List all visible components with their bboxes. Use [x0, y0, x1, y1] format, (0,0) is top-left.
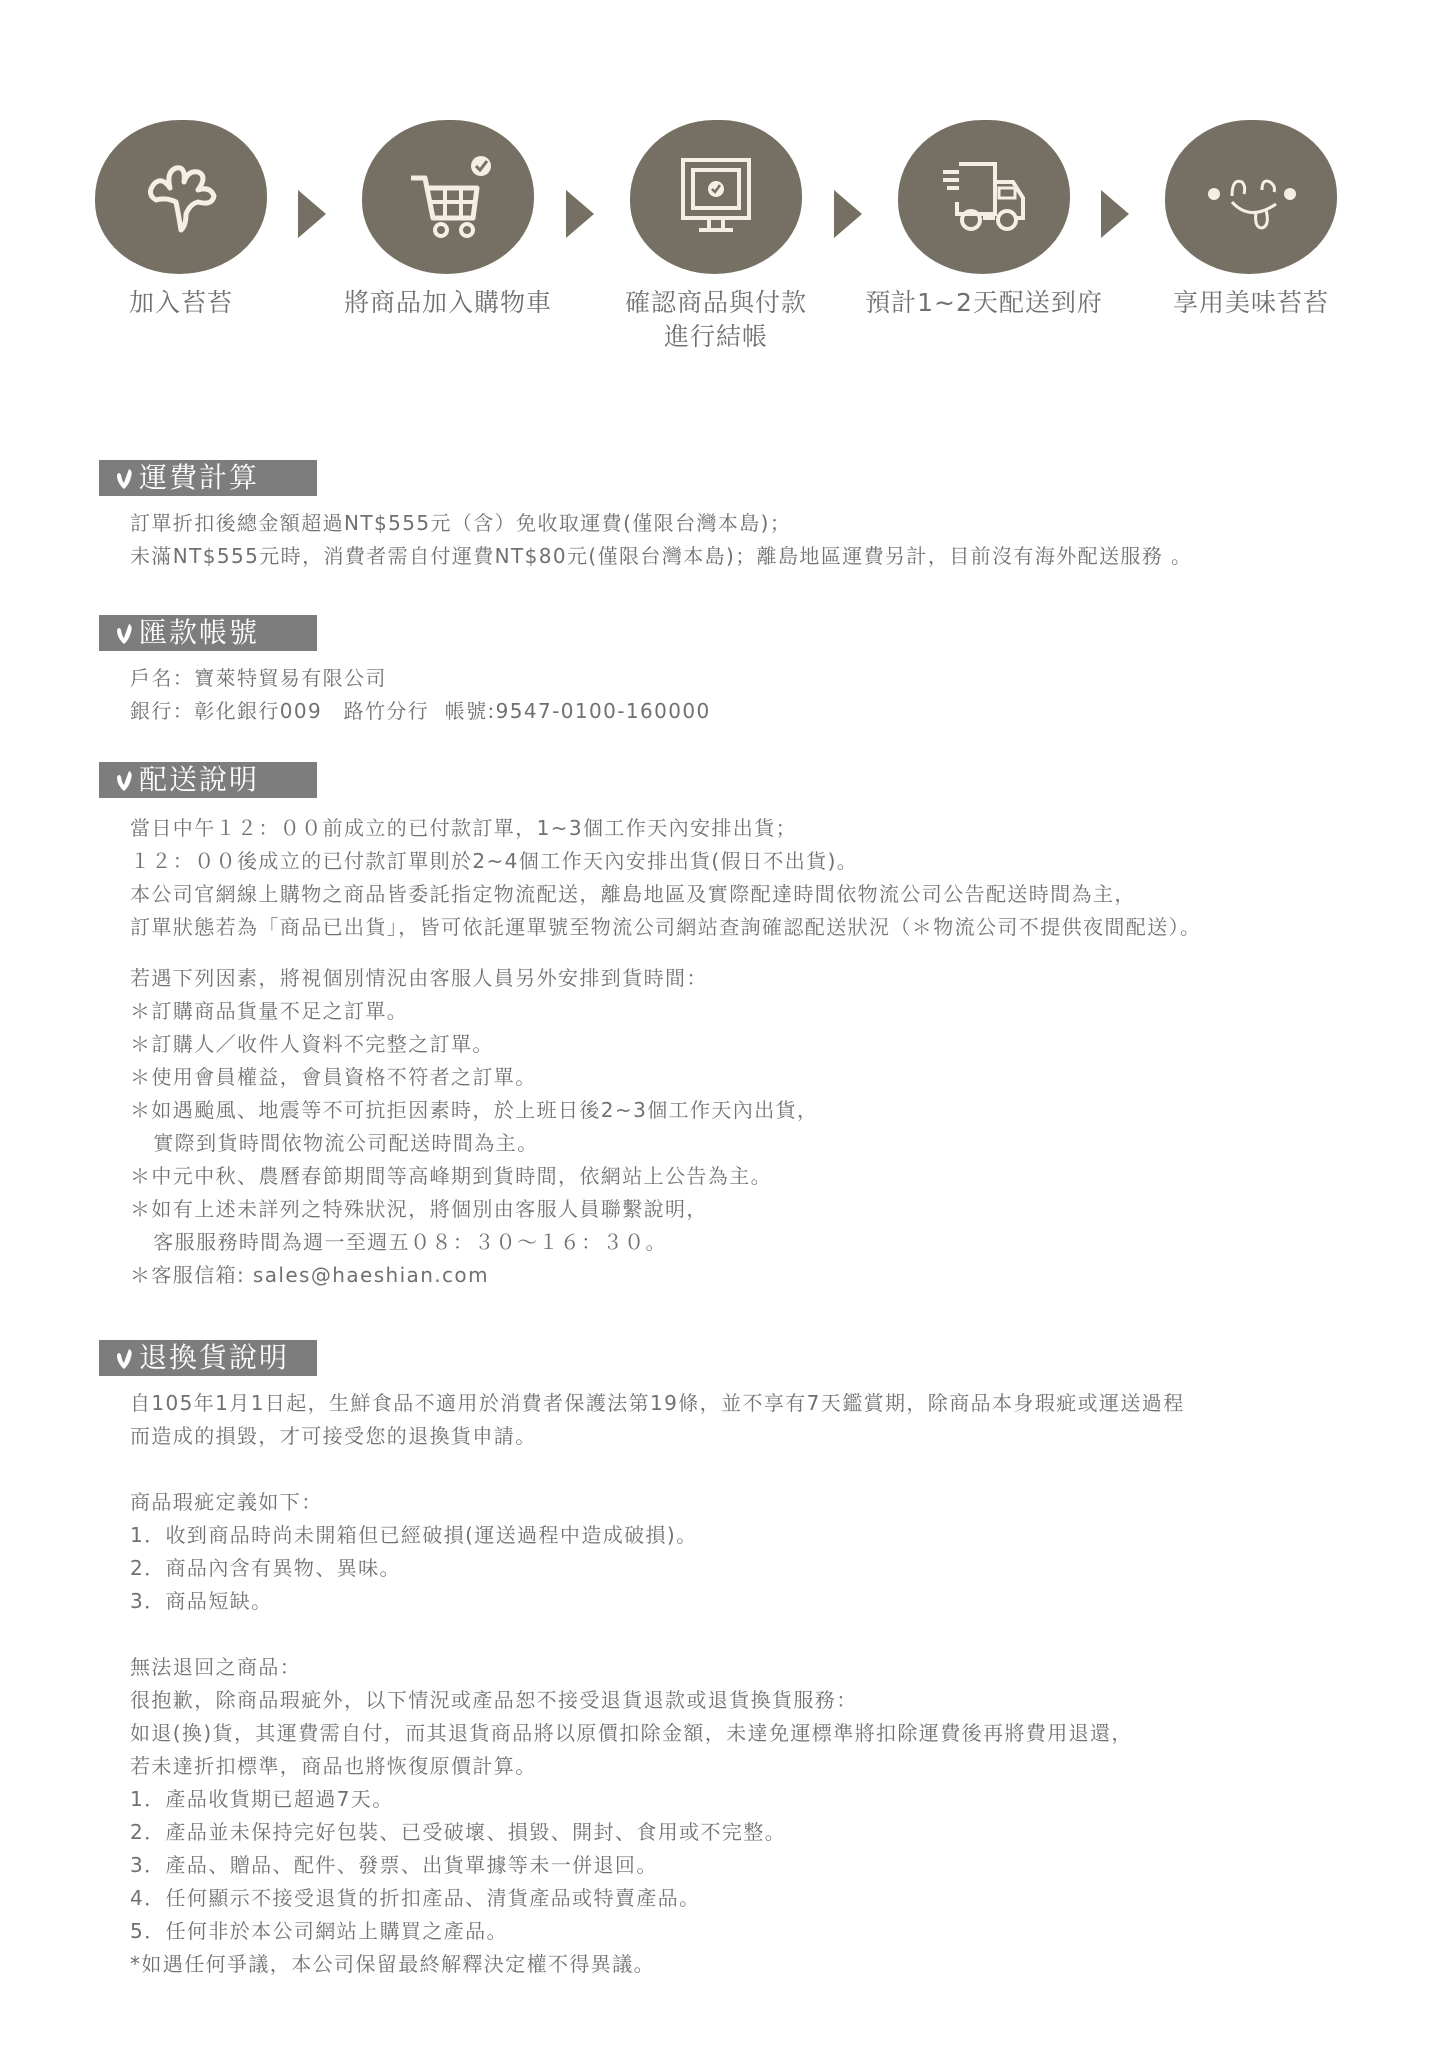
- section-title: 匯款帳號: [139, 615, 259, 651]
- smiley-face-icon: [1196, 142, 1306, 252]
- text-line: ＊如有上述未詳列之特殊狀況，將個別由客服人員聯繫說明，: [130, 1193, 818, 1226]
- text-line: 未滿NT$555元時，消費者需自付運費NT$80元(僅限台灣本島)；離島地區運費…: [130, 540, 1192, 573]
- step-checkout: 確認商品與付款 進行結帳: [596, 120, 836, 354]
- step-label: 確認商品與付款 進行結帳: [596, 286, 836, 354]
- bank-line[interactable]: 銀行：彰化銀行009 路竹分行 帳號:9547-0100-160000: [130, 695, 711, 728]
- text-line: 實際到貨時間依物流公司配送時間為主。: [130, 1127, 818, 1160]
- text-line: [130, 1453, 1185, 1486]
- step-label: 預計1~2天配送到府: [864, 286, 1104, 320]
- step-circle: [630, 120, 802, 274]
- text-line: ＊如遇颱風、地震等不可抗拒因素時，於上班日後2~3個工作天內出貨，: [130, 1094, 818, 1127]
- leaf-icon: [113, 767, 135, 793]
- section-title: 退換貨說明: [139, 1340, 289, 1376]
- arrow-right-icon: [834, 190, 862, 238]
- text-line: 戶名：寶萊特貿易有限公司: [130, 662, 711, 695]
- text-line: 2．產品並未保持完好包裝、已受破壞、損毀、開封、食用或不完整。: [130, 1816, 1185, 1849]
- step-circle: [898, 120, 1070, 274]
- text-line: ＊中元中秋、農曆春節期間等高峰期到貨時間，依網站上公告為主。: [130, 1160, 818, 1193]
- text-line: 當日中午１２：００前成立的已付款訂單，1~3個工作天內安排出貨；: [130, 812, 1201, 845]
- text-line: 商品瑕疵定義如下：: [130, 1486, 1185, 1519]
- account-text: 戶名：寶萊特貿易有限公司 銀行：彰化銀行009 路竹分行 帳號:9547-010…: [130, 662, 711, 728]
- delivery-exceptions: 若遇下列因素，將視個別情況由客服人員另外安排到貨時間： ＊訂購商品貨量不足之訂單…: [130, 962, 818, 1292]
- text-line: 訂單狀態若為「商品已出貨」，皆可依託運單號至物流公司網站查詢確認配送狀況（＊物流…: [130, 911, 1201, 944]
- text-line: 無法退回之商品：: [130, 1651, 1185, 1684]
- leaf-icon: [113, 1345, 135, 1371]
- text-line: １２：００後成立的已付款訂單則於2~4個工作天內安排出貨(假日不出貨)。: [130, 845, 1201, 878]
- section-title: 配送說明: [139, 762, 259, 798]
- leaf-icon: [113, 465, 135, 491]
- text-line: 而造成的損毀，才可接受您的退換貨申請。: [130, 1420, 1185, 1453]
- step-label: 將商品加入購物車: [328, 286, 568, 320]
- text-line: ＊訂購人／收件人資料不完整之訂單。: [130, 1028, 818, 1061]
- text-line: 3．商品短缺。: [130, 1585, 1185, 1618]
- step-enjoy: 享用美味苔苔: [1131, 120, 1371, 320]
- delivery-text: 當日中午１２：００前成立的已付款訂單，1~3個工作天內安排出貨； １２：００後成…: [130, 812, 1201, 944]
- text-line: ＊訂購商品貨量不足之訂單。: [130, 995, 818, 1028]
- text-line: 自105年1月1日起，生鮮食品不適用於消費者保護法第19條，並不享有7天鑑賞期，…: [130, 1387, 1185, 1420]
- email-link[interactable]: ＊客服信箱: sales@haeshian.com: [130, 1259, 818, 1292]
- returns-text: 自105年1月1日起，生鮮食品不適用於消費者保護法第19條，並不享有7天鑑賞期，…: [130, 1387, 1185, 1981]
- text-line: 客服服務時間為週一至週五０８：３０～１６：３０。: [130, 1226, 818, 1259]
- text-line: 1．產品收貨期已超過7天。: [130, 1783, 1185, 1816]
- text-line: 若遇下列因素，將視個別情況由客服人員另外安排到貨時間：: [130, 962, 818, 995]
- text-line: 如退(換)貨，其運費需自付，而其退貨商品將以原價扣除金額，未達免運標準將扣除運費…: [130, 1717, 1185, 1750]
- text-line: 5．任何非於本公司網站上購買之產品。: [130, 1915, 1185, 1948]
- shopping-cart-icon: [393, 142, 503, 252]
- sprout-icon: [126, 142, 236, 252]
- text-line: 2．商品內含有異物、異味。: [130, 1552, 1185, 1585]
- step-circle: [95, 120, 267, 274]
- step-circle: [1165, 120, 1337, 274]
- text-line: 很抱歉，除商品瑕疵外，以下情況或產品恕不接受退貨退款或退貨換貨服務：: [130, 1684, 1185, 1717]
- delivery-truck-icon: [929, 142, 1039, 252]
- section-heading-delivery: 配送說明: [99, 762, 317, 798]
- step-circle: [362, 120, 534, 274]
- text-line: 訂單折扣後總金額超過NT$555元（含）免收取運費(僅限台灣本島)；: [130, 507, 1192, 540]
- text-line: ＊使用會員權益，會員資格不符者之訂單。: [130, 1061, 818, 1094]
- text-line: *如遇任何爭議，本公司保留最終解釋決定權不得異議。: [130, 1948, 1185, 1981]
- step-label: 享用美味苔苔: [1131, 286, 1371, 320]
- section-title: 運費計算: [139, 460, 259, 496]
- text-line: 4．任何顯示不接受退貨的折扣產品、清貨產品或特賣產品。: [130, 1882, 1185, 1915]
- step-label: 加入苔苔: [61, 286, 301, 320]
- leaf-icon: [113, 620, 135, 646]
- section-heading-shipping: 運費計算: [99, 460, 317, 496]
- shipping-text: 訂單折扣後總金額超過NT$555元（含）免收取運費(僅限台灣本島)； 未滿NT$…: [130, 507, 1192, 573]
- text-line: 1．收到商品時尚未開箱但已經破損(運送過程中造成破損)。: [130, 1519, 1185, 1552]
- section-heading-returns: 退換貨說明: [99, 1340, 317, 1376]
- step-add-to-cart: 將商品加入購物車: [328, 120, 568, 320]
- section-heading-account: 匯款帳號: [99, 615, 317, 651]
- text-line: 本公司官網線上購物之商品皆委託指定物流配送，離島地區及實際配達時間依物流公司公告…: [130, 878, 1201, 911]
- arrow-right-icon: [298, 190, 326, 238]
- arrow-right-icon: [1101, 190, 1129, 238]
- order-steps: 加入苔苔 將商品加入購物車 確認商品與付款 進行結帳 預計1~2天配送到府 享用…: [0, 0, 1440, 380]
- monitor-check-icon: [661, 142, 771, 252]
- text-line: 3．產品、贈品、配件、發票、出貨單據等未一併退回。: [130, 1849, 1185, 1882]
- arrow-right-icon: [566, 190, 594, 238]
- text-line: [130, 1618, 1185, 1651]
- text-line: 若未達折扣標準，商品也將恢復原價計算。: [130, 1750, 1185, 1783]
- step-add-moss: 加入苔苔: [61, 120, 301, 320]
- step-delivery: 預計1~2天配送到府: [864, 120, 1104, 320]
